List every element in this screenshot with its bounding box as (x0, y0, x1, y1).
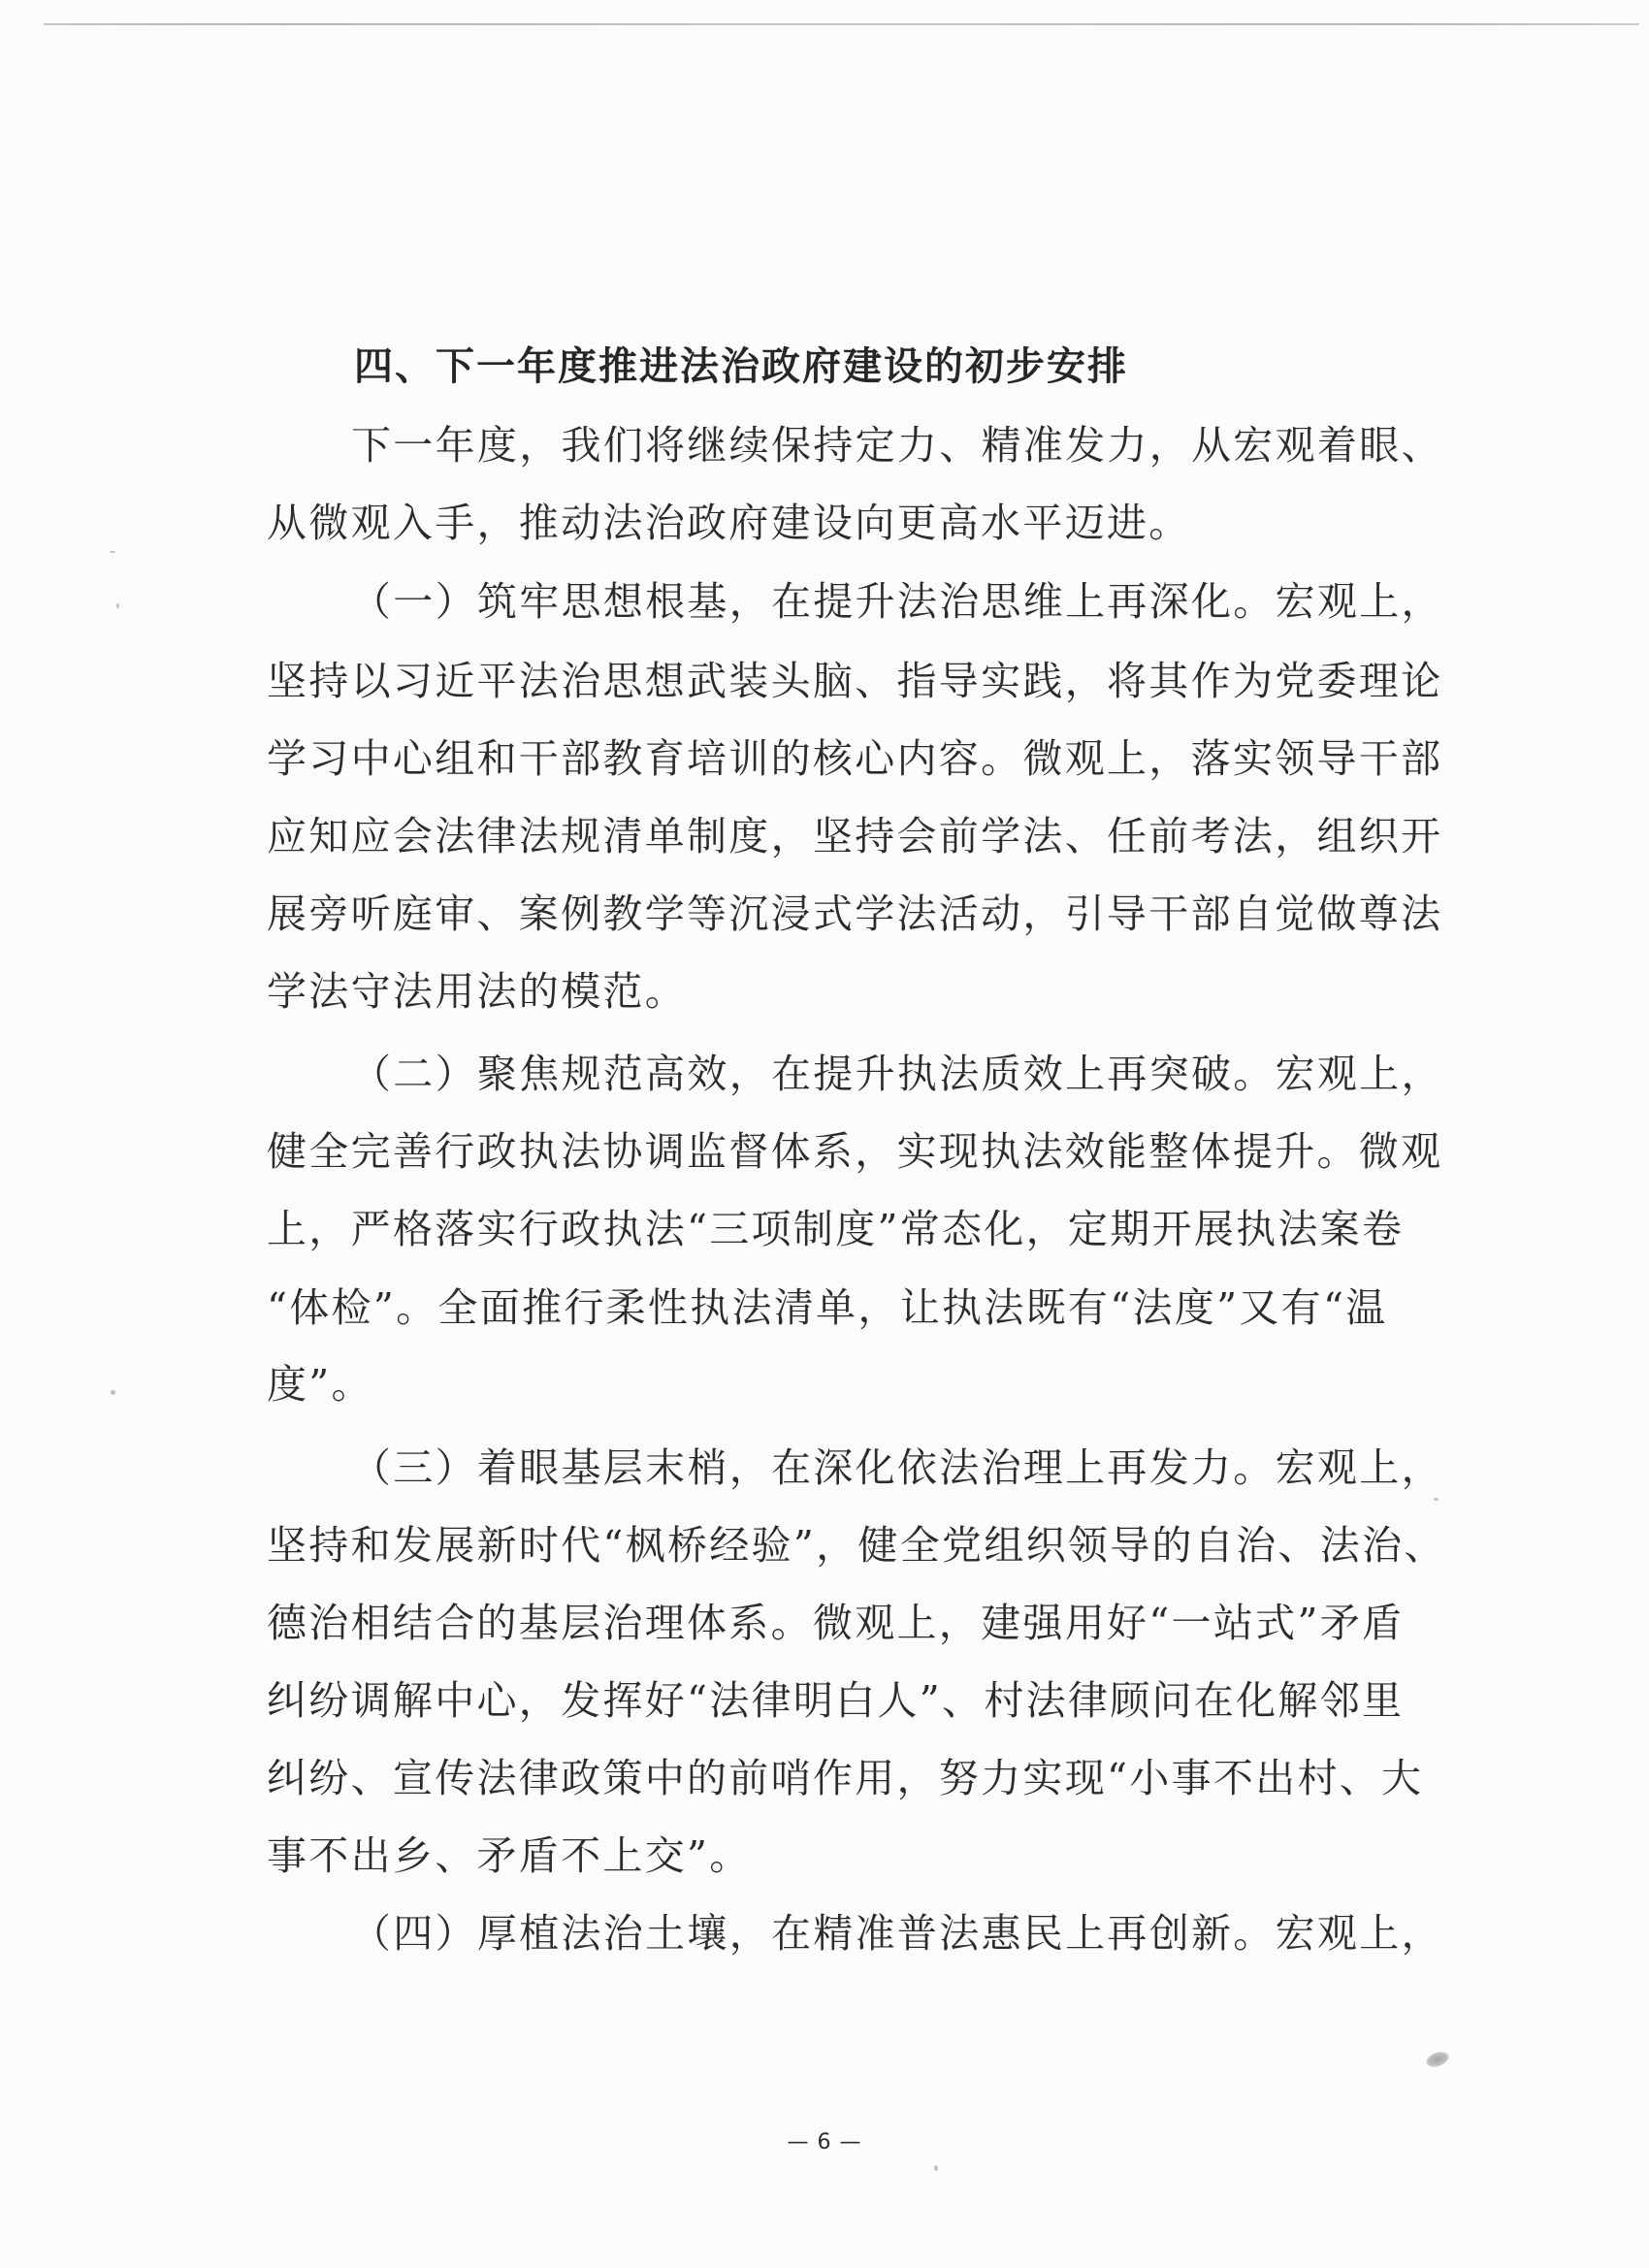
scan-speck (111, 1390, 115, 1395)
paragraph-line: 学习中心组和干部教育培训的核心内容。微观上，落实领导干部 (267, 720, 1450, 797)
paragraph-line: （三）着眼基层末梢，在深化依法治理上再发力。宏观上， (351, 1429, 1535, 1507)
paragraph-line: 纠纷调解中心，发挥好“法律明白人”、村法律顾问在化解邻里 (267, 1662, 1450, 1739)
paragraph-line: 上，严格落实行政执法“三项制度”常态化，定期开展执法案卷 (267, 1190, 1450, 1268)
paragraph-line: 展旁听庭审、案例教学等沉浸式学法活动，引导干部自觉做尊法 (267, 875, 1450, 953)
scan-smudge (1424, 2049, 1450, 2069)
paragraph-line: 学法守法用法的模范。 (267, 953, 1450, 1030)
paragraph-line: （二）聚焦规范高效，在提升执法质效上再突破。宏观上， (351, 1035, 1535, 1113)
paragraph-line: “体检”。全面推行柔性执法清单，让执法既有“法度”又有“温 (267, 1269, 1450, 1346)
paragraph-line: 从微观入手，推动法治政府建设向更高水平迈进。 (267, 484, 1450, 562)
scan-speck (116, 603, 119, 608)
paragraph-line: 坚持以习近平法治思想武装头脑、指导实践，将其作为党委理论 (267, 642, 1450, 720)
paragraph-line: 事不出乡、矛盾不上交”。 (267, 1817, 1450, 1895)
paragraph-line: 度”。 (267, 1345, 1450, 1423)
scan-speck (1434, 1498, 1439, 1501)
paragraph-line: （四）厚植法治土壤，在精准普法惠民上再创新。宏观上， (351, 1895, 1535, 1972)
scan-speck (934, 2165, 938, 2171)
paragraph-line: （一）筑牢思想根基，在提升法治思维上再深化。宏观上， (351, 563, 1535, 640)
paragraph-line: 下一年度，我们将继续保持定力、精准发力，从宏观着眼、 (351, 406, 1535, 484)
paragraph-line: 德治相结合的基层治理体系。微观上，建强用好“一站式”矛盾 (267, 1584, 1450, 1662)
paragraph-line: 纠纷、宣传法律政策中的前哨作用，努力实现“小事不出村、大 (267, 1739, 1450, 1817)
paragraph-line: 坚持和发展新时代“枫桥经验”，健全党组织领导的自治、法治、 (267, 1507, 1450, 1584)
section-heading: 四、下一年度推进法治政府建设的初步安排 (354, 328, 1128, 405)
page-number: — 6 — (0, 2130, 1649, 2155)
paragraph-line: 应知应会法律法规清单制度，坚持会前学法、任前考法，组织开 (267, 797, 1450, 875)
paragraph-line: 健全完善行政执法协调监督体系，实现执法效能整体提升。微观 (267, 1113, 1450, 1190)
document-page: 四、下一年度推进法治政府建设的初步安排 下一年度，我们将继续保持定力、精准发力，… (0, 0, 1649, 2268)
scan-speck (110, 551, 115, 553)
